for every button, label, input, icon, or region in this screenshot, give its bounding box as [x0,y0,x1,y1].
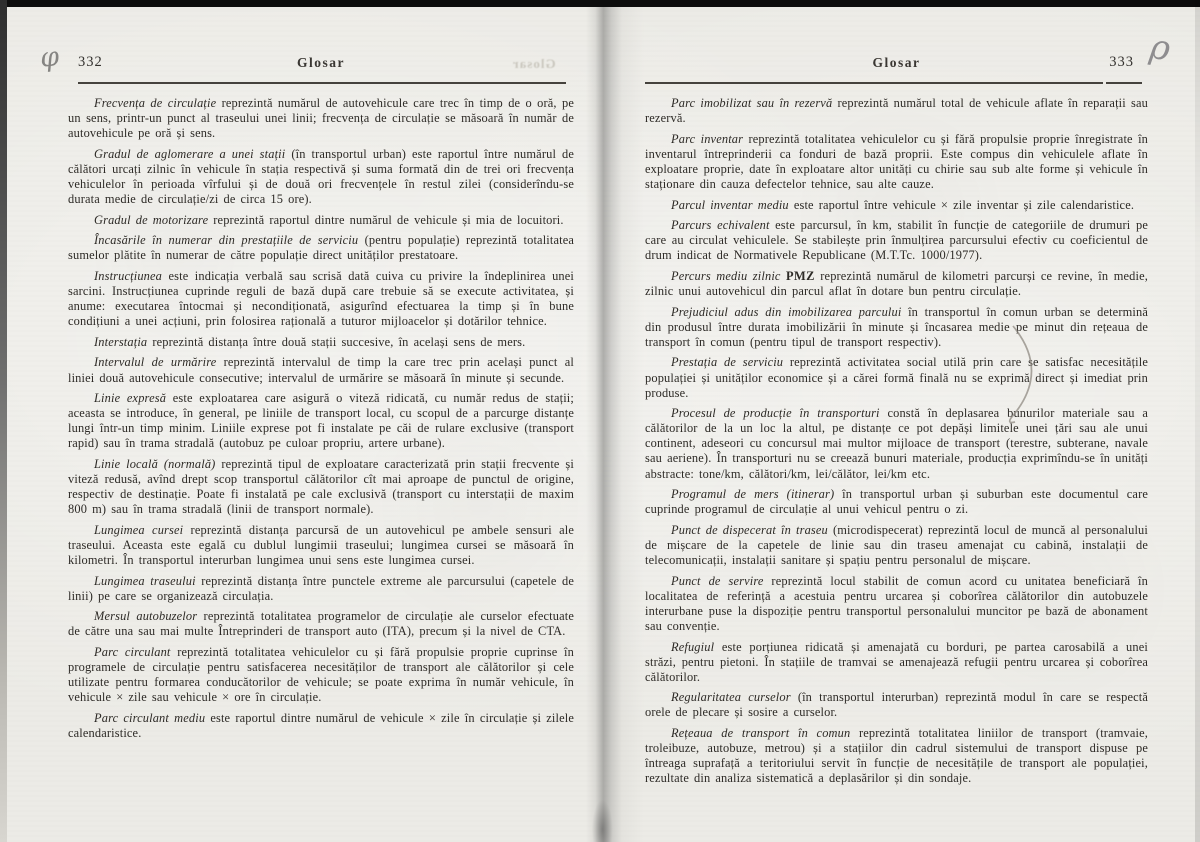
entry-term: Mersul autobuzelor [94,609,197,623]
glossary-entries-left: Frecvența de circulație reprezintă număr… [68,96,574,786]
glossary-entry: Parc inventar reprezintă totalitatea veh… [645,132,1148,192]
glossary-entry: Programul de mers (itinerar) în transpor… [645,487,1148,517]
page-left: 332 Glosar Glosar Frecvența de circulați… [68,40,574,820]
glossary-entry: Parc circulant mediu este raportul dintr… [68,711,574,741]
pencil-annotation-right: ρ [1147,27,1172,69]
entry-term: Linie expresă [94,391,166,405]
entry-term: Parc circulant mediu [94,711,205,725]
glossary-entry: Parc circulant reprezintă totalitatea ve… [68,645,574,705]
entry-term: Parc imobilizat sau în rezervă [671,96,832,110]
entry-term: Punct de servire [671,574,764,588]
page-edge-right [1195,0,1200,842]
entry-term: Punct de dispecerat în traseu [671,523,828,537]
glossary-entry: Gradul de aglomerare a unei stații (în t… [68,147,574,207]
glossary-entry: Gradul de motorizare reprezintă raportul… [68,213,574,228]
glossary-entry: Punct de dispecerat în traseu (microdisp… [645,523,1148,568]
entry-term: Interstația [94,335,147,349]
bleedthrough-title-ghost: Glosar [512,56,556,72]
running-title-right: Glosar [873,55,921,71]
glossary-entry: Parcul inventar mediu este raportul într… [645,198,1148,213]
glossary-entry: Rețeaua de transport în comun reprezintă… [645,726,1148,786]
entry-term: Linie locală (normală) [94,457,215,471]
glossary-entry: Prestația de serviciu reprezintă activit… [645,355,1148,400]
entry-term: Frecvența de circulație [94,96,216,110]
pencil-annotation-left: φ [38,41,60,74]
entry-term: Parcul inventar mediu [671,198,789,212]
page-number-left: 332 [78,54,103,71]
header-rule-right [645,82,1103,84]
binding-bottom-shadow [592,780,618,842]
header-rule-left [78,82,566,84]
entry-term: Regularitatea curselor [671,690,791,704]
entry-term: Gradul de aglomerare a unei stații [94,147,285,161]
entry-term: Prejudiciul adus din imobilizarea parcul… [671,305,901,319]
page-number-rule-right [1106,82,1142,84]
glossary-entry: Lungimea traseului reprezintă distanța î… [68,574,574,604]
scanner-edge-top [0,0,1200,7]
glossary-entry: Regularitatea curselor (în transportul i… [645,690,1148,720]
glossary-entry: Parc imobilizat sau în rezervă reprezint… [645,96,1148,126]
glossary-entry: Interstația reprezintă distanța între do… [68,335,574,350]
glossary-entry: Punct de servire reprezintă locul stabil… [645,574,1148,634]
glossary-entry: Parcurs echivalent este parcursul, în km… [645,218,1148,263]
glossary-entry: Refugiul este porțiunea ridicată și amen… [645,640,1148,685]
glossary-entry: Prejudiciul adus din imobilizarea parcul… [645,305,1148,350]
glossary-entry: Procesul de producție în transporturi co… [645,406,1148,481]
entry-term: Instrucțiunea [94,269,162,283]
glossary-entry: Linie expresă este exploatarea care asig… [68,391,574,451]
entry-term: Rețeaua de transport în comun [671,726,850,740]
glossary-entry: Instrucțiunea este indicația verbală sau… [68,269,574,329]
entry-term: Încasările în numerar din prestațiile de… [94,233,358,247]
entry-term: Lungimea traseului [94,574,196,588]
entry-term: Percurs mediu zilnic [671,269,781,283]
entry-term: Lungimea cursei [94,523,183,537]
entry-term: Parcurs echivalent [671,218,770,232]
entry-term: Parc circulant [94,645,171,659]
entry-term: Gradul de motorizare [94,213,208,227]
glossary-entry: Percurs mediu zilnic PMZ reprezintă numă… [645,269,1148,299]
glossary-entry: Intervalul de urmărire reprezintă interv… [68,355,574,385]
glossary-entry: Linie locală (normală) reprezintă tipul … [68,457,574,517]
entry-term: Programul de mers (itinerar) [671,487,834,501]
entry-term: Procesul de producție în transporturi [671,406,880,420]
entry-abbreviation: PMZ [786,269,815,283]
glossary-entry: Încasările în numerar din prestațiile de… [68,233,574,263]
page-right: Glosar 333 Parc imobilizat sau în rezerv… [645,40,1148,820]
binding-gutter-shadow [586,7,644,842]
entry-term: Intervalul de urmărire [94,355,216,369]
glossary-entries-right: Parc imobilizat sau în rezervă reprezint… [645,96,1148,786]
entry-term: Refugiul [671,640,714,654]
page-number-right: 333 [1109,54,1134,71]
entry-term: Parc inventar [671,132,743,146]
glossary-entry: Lungimea cursei reprezintă distanța parc… [68,523,574,568]
running-title-left: Glosar [297,55,345,71]
glossary-entry: Mersul autobuzelor reprezintă totalitate… [68,609,574,639]
glossary-entry: Frecvența de circulație reprezintă număr… [68,96,574,141]
scanner-edge-left [0,0,7,842]
book-scan: 332 Glosar Glosar Frecvența de circulați… [0,0,1200,842]
entry-term: Prestația de serviciu [671,355,783,369]
